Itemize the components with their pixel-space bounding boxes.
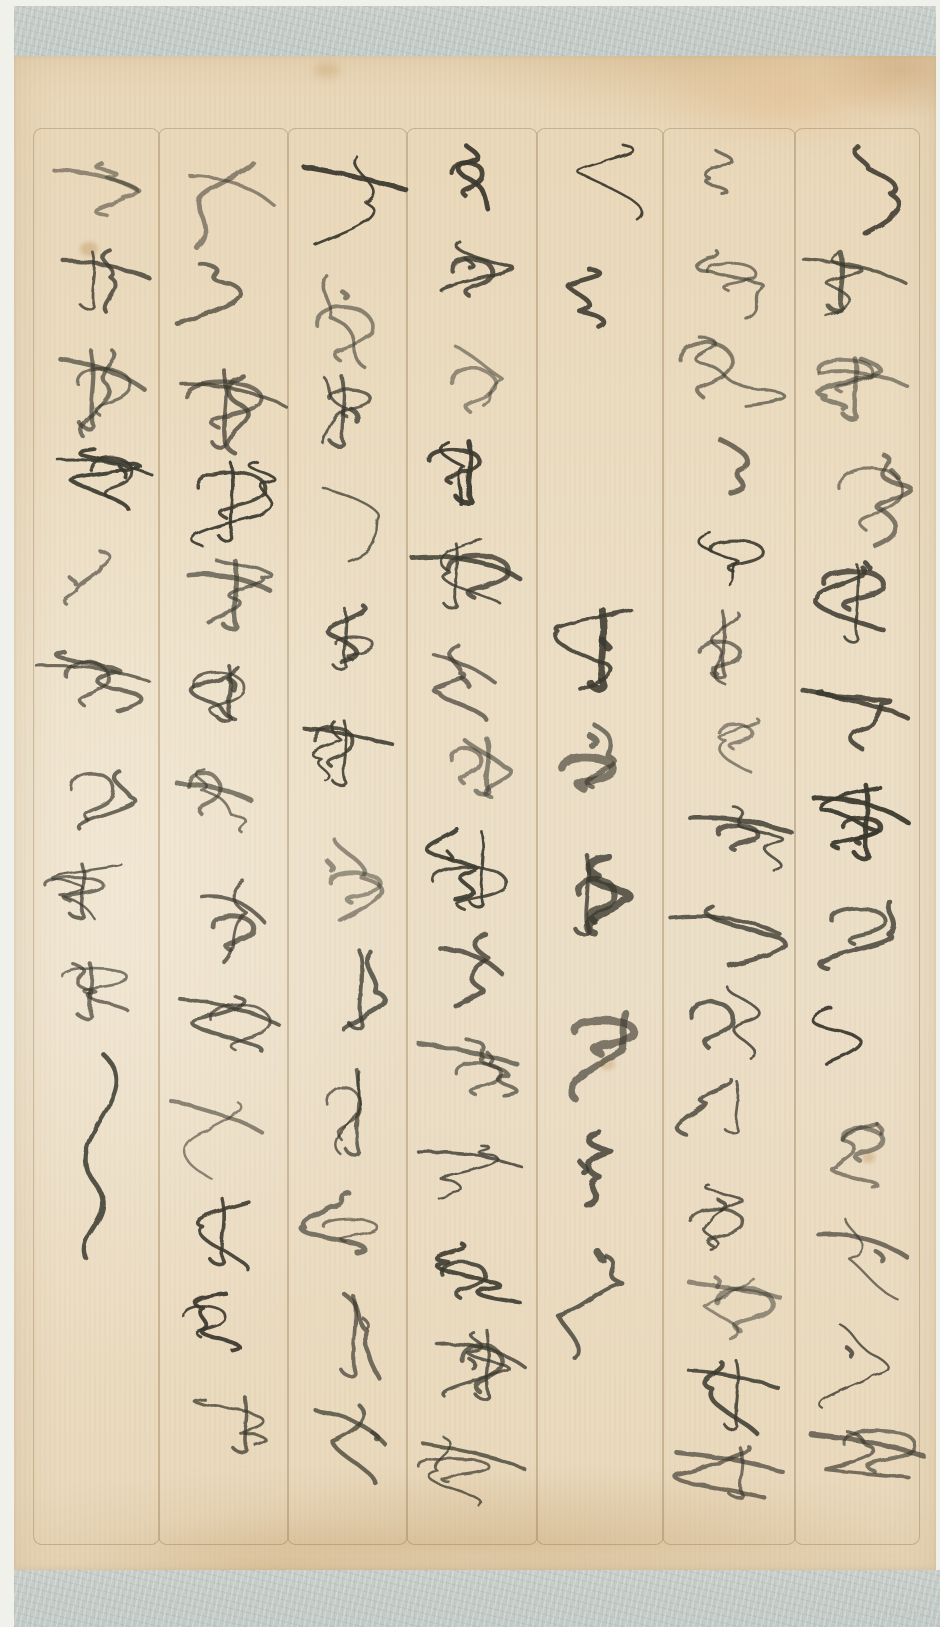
photo-margin-top	[0, 0, 940, 6]
photo-margin-left	[0, 0, 14, 1627]
photo-margin-right	[936, 0, 940, 1570]
watermark: (illegible)	[887, 1607, 934, 1617]
calligraphy-column-7	[37, 164, 153, 1258]
calligraphy-column-4	[412, 145, 525, 1506]
calligraphy-column-1	[803, 147, 924, 1478]
calligraphy-column-3	[568, 145, 643, 327]
calligraphy-column-6	[171, 164, 286, 1453]
calligraphy-column-5	[301, 156, 405, 1483]
calligraphy-column-3-chapter-title	[555, 610, 634, 1358]
manuscript-photo: (illegible)	[0, 0, 940, 1627]
calligraphy-layer	[0, 0, 940, 1627]
calligraphy-column-2	[671, 151, 792, 1498]
